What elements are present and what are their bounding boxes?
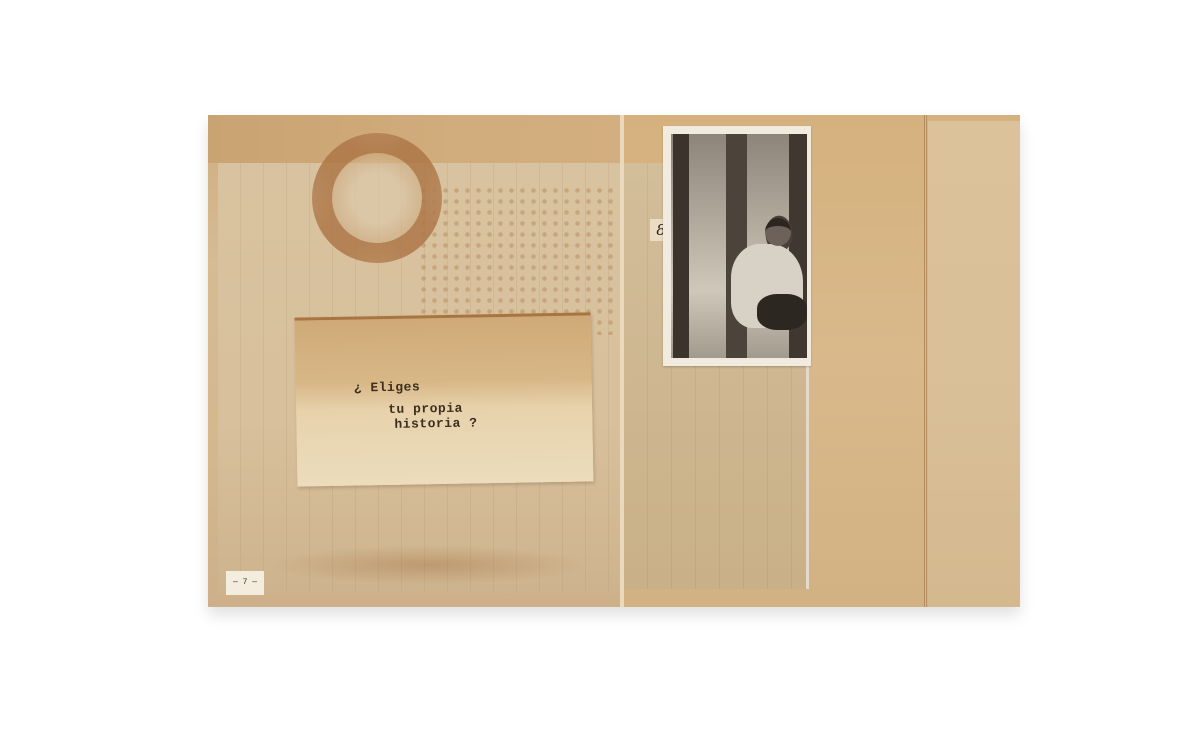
- card-text-line-1: ¿ Eliges: [354, 379, 421, 395]
- card-text-line-3: historia ?: [394, 415, 477, 431]
- fold-line: [924, 115, 927, 607]
- boy-legs: [757, 294, 807, 330]
- paper-flap: [928, 121, 1020, 607]
- left-page: ¿ Eliges tu propia historia ? — 7 —: [208, 115, 622, 607]
- page-number-left: — 7 —: [226, 571, 264, 595]
- vintage-photo: [663, 126, 811, 366]
- boy-head: [765, 218, 791, 246]
- card-text-line-2: tu propia: [388, 401, 463, 417]
- typed-card: ¿ Eliges tu propia historia ?: [295, 312, 594, 486]
- photo-image: [671, 134, 807, 358]
- coffee-ring-stain: [312, 133, 442, 263]
- stain-mark: [268, 545, 588, 585]
- collage-book: ¿ Eliges tu propia historia ? — 7 — 8: [208, 115, 1020, 607]
